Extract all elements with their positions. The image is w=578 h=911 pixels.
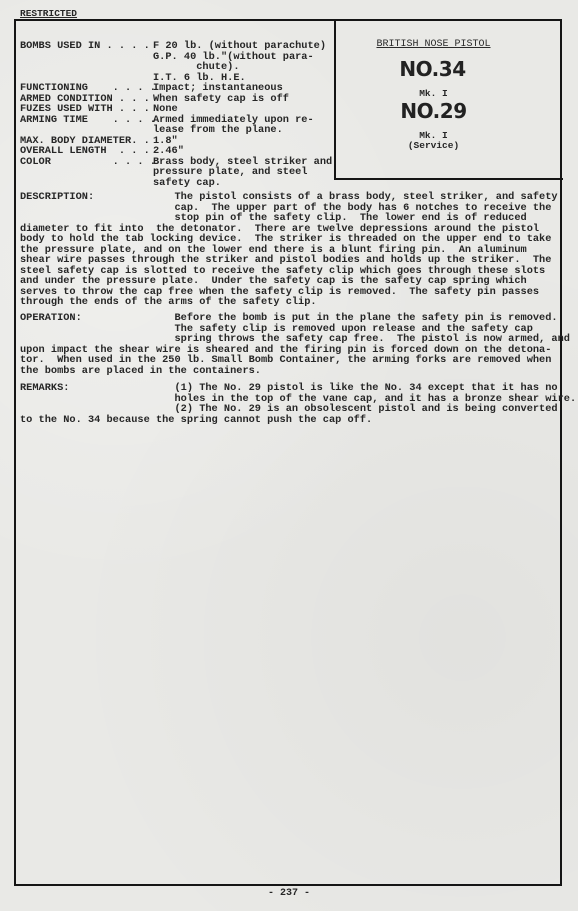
- primary-pistol-number: NO.34: [319, 58, 546, 80]
- spec-field-value: Brass body, steel striker andpressure pl…: [153, 157, 332, 189]
- spec-field-value-line: pressure plate, and steel: [153, 167, 332, 178]
- pistol-box-title: BRITISH NOSE PISTOL: [320, 40, 547, 51]
- section-body: Before the bomb is put in the plane the …: [20, 313, 570, 376]
- section-body-line: the bombs are placed in the containers.: [20, 366, 570, 377]
- primary-pistol-mark: Mk. I: [320, 89, 547, 100]
- secondary-pistol-status: (Service): [320, 141, 547, 152]
- spec-field-value-line: Impact; instantaneous: [153, 83, 283, 94]
- classification-label: RESTRICTED: [20, 9, 77, 20]
- section-body-line: Before the bomb is put in the plane the …: [20, 313, 570, 324]
- section-body: The pistol consists of a brass body, ste…: [20, 192, 558, 308]
- spec-field-label: OVERALL LENGTH . . .: [20, 146, 150, 157]
- section-body-line: stop pin of the safety clip. The lower e…: [20, 213, 558, 224]
- spec-field-value: Impact; instantaneous: [153, 83, 283, 94]
- spec-field-value: Armed immediately upon re-lease from the…: [153, 115, 314, 136]
- spec-field-value-line: F 20 lb. (without parachute): [153, 41, 326, 52]
- spec-field-value-line: chute).: [153, 62, 326, 73]
- section-body-line: to the No. 34 because the spring cannot …: [20, 415, 576, 426]
- spec-field-label: COLOR . . . .: [20, 157, 156, 168]
- section-body-line: spring throws the safety cap free. The p…: [20, 334, 570, 345]
- section-body-line: The pistol consists of a brass body, ste…: [20, 192, 558, 203]
- spec-field-value: None: [153, 104, 178, 115]
- pistol-designation-box: BRITISH NOSE PISTOL NO.34 Mk. I NO.29 Mk…: [334, 19, 563, 180]
- section-body-line: (2) The No. 29 is an obsolescent pistol …: [20, 404, 576, 415]
- secondary-pistol-number: NO.29: [320, 100, 547, 122]
- spec-field-label: FUZES USED WITH . . .: [20, 104, 150, 115]
- section-body-line: body to hold the tab locking device. The…: [20, 234, 558, 245]
- section-body-line: tor. When used in the 250 lb. Small Bomb…: [20, 355, 570, 366]
- spec-field-label: ARMING TIME . . . .: [20, 115, 156, 126]
- spec-field-value-line: None: [153, 104, 178, 115]
- section-body: (1) The No. 29 pistol is like the No. 34…: [20, 383, 576, 425]
- section-body-line: (1) The No. 29 pistol is like the No. 34…: [20, 383, 576, 394]
- spec-field-value-line: 2.46": [153, 146, 184, 157]
- spec-field-label: FUNCTIONING . . . .: [20, 83, 156, 94]
- section-body-line: and under the pressure plate. Under the …: [20, 276, 558, 287]
- section-body-line: shear wire passes through the striker an…: [20, 255, 558, 266]
- spec-field-value: 2.46": [153, 146, 184, 157]
- section-body-line: through the ends of the arms of the safe…: [20, 297, 558, 308]
- spec-field-value-line: lease from the plane.: [153, 125, 314, 136]
- page-number: - 237 -: [0, 889, 578, 900]
- spec-field-label: BOMBS USED IN . . . .: [20, 41, 150, 52]
- spec-field-value: F 20 lb. (without parachute)G.P. 40 lb."…: [153, 41, 326, 83]
- spec-field-value-line: safety cap.: [153, 178, 332, 189]
